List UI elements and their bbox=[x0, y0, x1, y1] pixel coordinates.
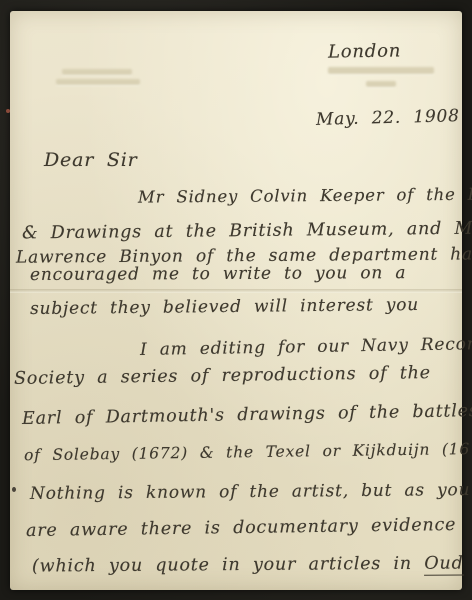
letter-body-line: encouraged me to write to you on a bbox=[30, 263, 406, 285]
fold-crease bbox=[10, 289, 462, 293]
letter-body-line: (which you quote in your articles in Oud bbox=[32, 553, 464, 576]
embossed-stamp-left bbox=[56, 67, 142, 89]
letter-body-line: Nothing is known of the artist, but as y… bbox=[30, 480, 470, 504]
letter-body-line: of Solebay (1672) & the Texel or Kijkdui… bbox=[24, 440, 472, 465]
paper-speck bbox=[6, 109, 10, 113]
letter-date: May. 22. 1908 bbox=[316, 106, 460, 130]
letter-place: London bbox=[328, 40, 401, 62]
paper-speck bbox=[12, 487, 16, 492]
last-line-prefix: (which you quote in your articles in bbox=[32, 554, 424, 577]
letter-body-line: are aware there is documentary evidence bbox=[26, 515, 457, 541]
photo-background: { "colors": { "background": "#1b1a16", "… bbox=[0, 0, 472, 600]
letter-page: London May. 22. 1908 Dear Sir Mr Sidney … bbox=[10, 11, 462, 590]
letter-body-line: subject they believed will interest you bbox=[30, 295, 419, 319]
embossed-letterhead-right bbox=[328, 65, 436, 91]
letter-body-line: I am editing for our Navy Record bbox=[140, 334, 472, 360]
letter-salutation: Dear Sir bbox=[44, 149, 138, 171]
letter-body-line: Earl of Dartmouth's drawings of the batt… bbox=[22, 401, 472, 429]
letter-body-line: & Drawings at the British Museum, and Mr bbox=[22, 219, 472, 244]
underlined-word: Oud bbox=[424, 553, 463, 575]
letter-body-line: Society a series of reproductions of the bbox=[14, 363, 431, 389]
letter-body-line: Mr Sidney Colvin Keeper of the Prints bbox=[138, 184, 472, 206]
